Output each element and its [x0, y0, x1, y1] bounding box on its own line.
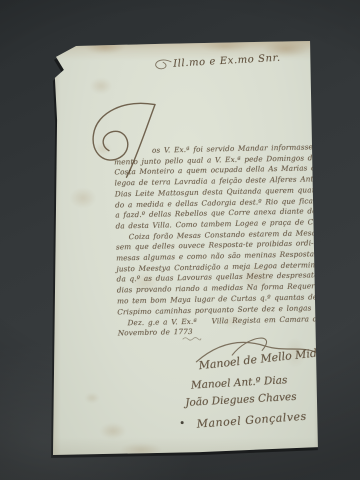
signature: João Diegues Chaves: [185, 391, 297, 409]
ink-dot: [181, 421, 184, 424]
signature: Manoel Gonçalves: [196, 410, 307, 431]
manuscript-body: os V. Ex.ª foi servido Mandar informasse…: [114, 142, 320, 339]
salutation: Ill.mo e Ex.mo Snr.: [150, 52, 281, 71]
manuscript-page: Ill.mo e Ex.mo Snr. os V. Ex.ª foi servi…: [50, 38, 322, 458]
handwriting-layer: Ill.mo e Ex.mo Snr. os V. Ex.ª foi servi…: [50, 38, 322, 458]
signature: Manoel Ant.º Dias: [191, 374, 288, 391]
photo-background: { "photo": { "subject": "aged handwritte…: [0, 0, 360, 480]
salutation-text: Ill.mo e Ex.mo Snr.: [173, 53, 281, 70]
salutation-flourish-icon: [150, 58, 173, 71]
